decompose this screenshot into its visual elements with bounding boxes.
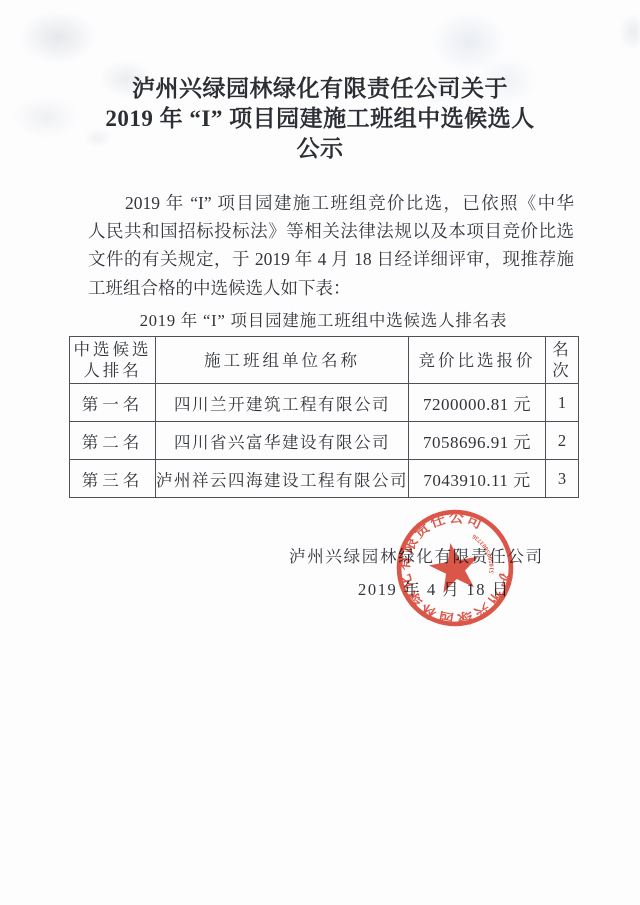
- body-line: 人民共和国招标投标法》等相关法律法规以及本项目竞价比选: [88, 217, 574, 245]
- rank-cell: 第三名: [70, 460, 156, 498]
- scan-smudge-right-edge: [604, 8, 640, 68]
- price-cell: 7043910.11 元: [409, 460, 546, 498]
- price-cell: 7200000.81 元: [409, 384, 546, 422]
- seal-star-icon: [426, 539, 484, 595]
- header-unit-name: 施工班组单位名称: [156, 337, 409, 384]
- title-line-2: 2019 年 “I” 项目园建施工班组中选候选人: [70, 104, 570, 134]
- candidates-ranking-table: 中选候选 人排名 施工班组单位名称 竞价比选报价 名 次 第一名 四川兰开建筑工…: [69, 336, 579, 498]
- table-caption: 2019 年 “I” 项目园建施工班组中选候选人排名表: [69, 307, 578, 331]
- seal-serial-number: 5105005003736: [471, 532, 496, 574]
- table-row: 第二名 四川省兴富华建设有限公司 7058696.91 元 2: [70, 422, 579, 460]
- body-line: 2019 年 “I” 项目园建施工班组竞价比选，已依照《中华: [88, 189, 574, 217]
- table-row: 第一名 四川兰开建筑工程有限公司 7200000.81 元 1: [70, 384, 579, 422]
- header-label: 名: [546, 339, 578, 360]
- header-label: 施工班组单位名称: [156, 350, 408, 371]
- rank-cell: 第一名: [70, 384, 156, 422]
- company-cell: 四川兰开建筑工程有限公司: [156, 384, 409, 422]
- title-line-1: 泸州兴绿园林绿化有限责任公司关于: [70, 74, 570, 104]
- rank-cell: 第二名: [70, 422, 156, 460]
- official-seal: 泸州兴绿园林绿化有限责任公司 5105005003736: [394, 507, 516, 629]
- company-cell: 四川省兴富华建设有限公司: [156, 422, 409, 460]
- price-cell: 7058696.91 元: [409, 422, 546, 460]
- body-line: 文件的有关规定，于 2019 年 4 月 18 日经详细评审，现推荐施: [88, 245, 574, 273]
- place-cell: 3: [546, 460, 579, 498]
- header-label: 次: [546, 360, 578, 381]
- header-candidate-rank: 中选候选 人排名: [70, 337, 156, 384]
- seal-serial-textpath: 5105005003736: [471, 532, 496, 574]
- table-row: 第三名 泸州祥云四海建设工程有限公司 7043910.11 元 3: [70, 460, 579, 498]
- header-label: 人排名: [70, 360, 155, 381]
- scanned-document-page: 泸州兴绿园林绿化有限责任公司关于 2019 年 “I” 项目园建施工班组中选候选…: [0, 0, 640, 905]
- place-cell: 2: [546, 422, 579, 460]
- place-cell: 1: [546, 384, 579, 422]
- header-label: 竞价比选报价: [409, 350, 545, 371]
- body-line: 工班组合格的中选候选人如下表：: [88, 274, 574, 302]
- title-line-3: 公示: [70, 134, 570, 164]
- company-cell: 泸州祥云四海建设工程有限公司: [156, 460, 409, 498]
- header-bid-price: 竞价比选报价: [409, 337, 546, 384]
- header-place: 名 次: [546, 337, 579, 384]
- body-paragraph: 2019 年 “I” 项目园建施工班组竞价比选，已依照《中华 人民共和国招标投标…: [88, 189, 574, 302]
- seal-graphic: 泸州兴绿园林绿化有限责任公司 5105005003736: [394, 507, 516, 629]
- table-header-row: 中选候选 人排名 施工班组单位名称 竞价比选报价 名 次: [70, 337, 579, 384]
- header-label: 中选候选: [70, 339, 155, 360]
- document-title: 泸州兴绿园林绿化有限责任公司关于 2019 年 “I” 项目园建施工班组中选候选…: [70, 74, 570, 164]
